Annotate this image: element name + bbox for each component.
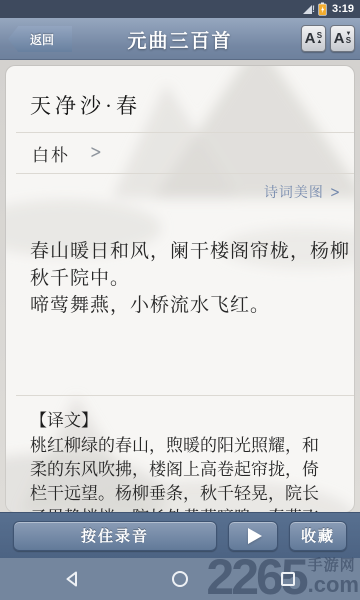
gallery-link-label: 诗词美图: [264, 182, 324, 202]
font-decrease-button[interactable]: A ▼ S: [330, 25, 355, 52]
android-navbar: [0, 558, 360, 600]
battery-charging-icon: [318, 2, 327, 16]
play-button[interactable]: [228, 521, 278, 551]
author-row[interactable]: 白朴 >: [6, 133, 354, 173]
poem-card: 天净沙·春 白朴 > 诗词美图 > 春山暖日和风，阑干楼阁帘栊，杨柳 秋千院中。…: [6, 66, 354, 512]
translation-heading: 【译文】: [6, 396, 354, 431]
bottom-toolbar: 按住录音 收藏: [0, 512, 360, 558]
font-decrease-letter: A: [334, 31, 345, 46]
gallery-link[interactable]: 诗词美图 >: [6, 174, 354, 210]
font-increase-button[interactable]: A S ▲: [301, 25, 326, 52]
nav-back-icon[interactable]: [62, 569, 82, 589]
signal-warning-icon: !: [302, 3, 315, 15]
nav-home-icon[interactable]: [170, 569, 190, 589]
nav-recents-icon[interactable]: [278, 569, 298, 589]
poem-line: 啼莺舞燕，小桥流水飞红。: [30, 292, 344, 319]
author-name: 白朴: [32, 141, 70, 166]
translation-line: 栏干远望。杨柳垂条，秋千轻晃，院长: [30, 482, 348, 506]
play-icon: [248, 528, 262, 544]
favorite-button[interactable]: 收藏: [289, 521, 347, 551]
status-bar: ! 3:19: [0, 0, 360, 18]
translation-line: 桃红柳绿的春山，煦暖的阳光照耀，和: [30, 434, 348, 458]
poem-line: 春山暖日和风，阑干楼阁帘栊，杨柳: [30, 238, 344, 265]
app-screen: ! 3:19 元曲三百首 返回 A S ▲ A: [0, 0, 360, 600]
arrow-up-icon: ▲: [316, 40, 322, 45]
poem-line: 秋千院中。: [30, 265, 344, 292]
status-time: 3:19: [332, 3, 354, 15]
translation-line: 子里静悄悄，院长外黄莺啼鸣，春燕飞: [30, 506, 348, 512]
poem-title: 天净沙·春: [6, 66, 354, 132]
font-size-controls: A S ▲ A ▼ S: [301, 25, 355, 52]
font-decrease-mark: S: [346, 37, 351, 45]
poem-text: 春山暖日和风，阑干楼阁帘栊，杨柳 秋千院中。 啼莺舞燕，小桥流水飞红。: [30, 238, 344, 319]
translation-line: 柔的东风吹拂，楼阁上高卷起帘拢，倚: [30, 458, 348, 482]
back-button[interactable]: 返回: [8, 26, 72, 52]
app-header: 元曲三百首 返回 A S ▲ A ▼ S: [0, 18, 360, 60]
chevron-right-icon: >: [330, 183, 340, 201]
translation-text: 桃红柳绿的春山，煦暖的阳光照耀，和 柔的东风吹拂，楼阁上高卷起帘拢，倚 栏干远望…: [30, 434, 348, 512]
font-increase-letter: A: [305, 31, 316, 46]
hold-to-record-button[interactable]: 按住录音: [13, 521, 217, 551]
content-area: 天净沙·春 白朴 > 诗词美图 > 春山暖日和风，阑干楼阁帘栊，杨柳 秋千院中。…: [0, 60, 360, 512]
chevron-right-icon: >: [90, 143, 102, 164]
